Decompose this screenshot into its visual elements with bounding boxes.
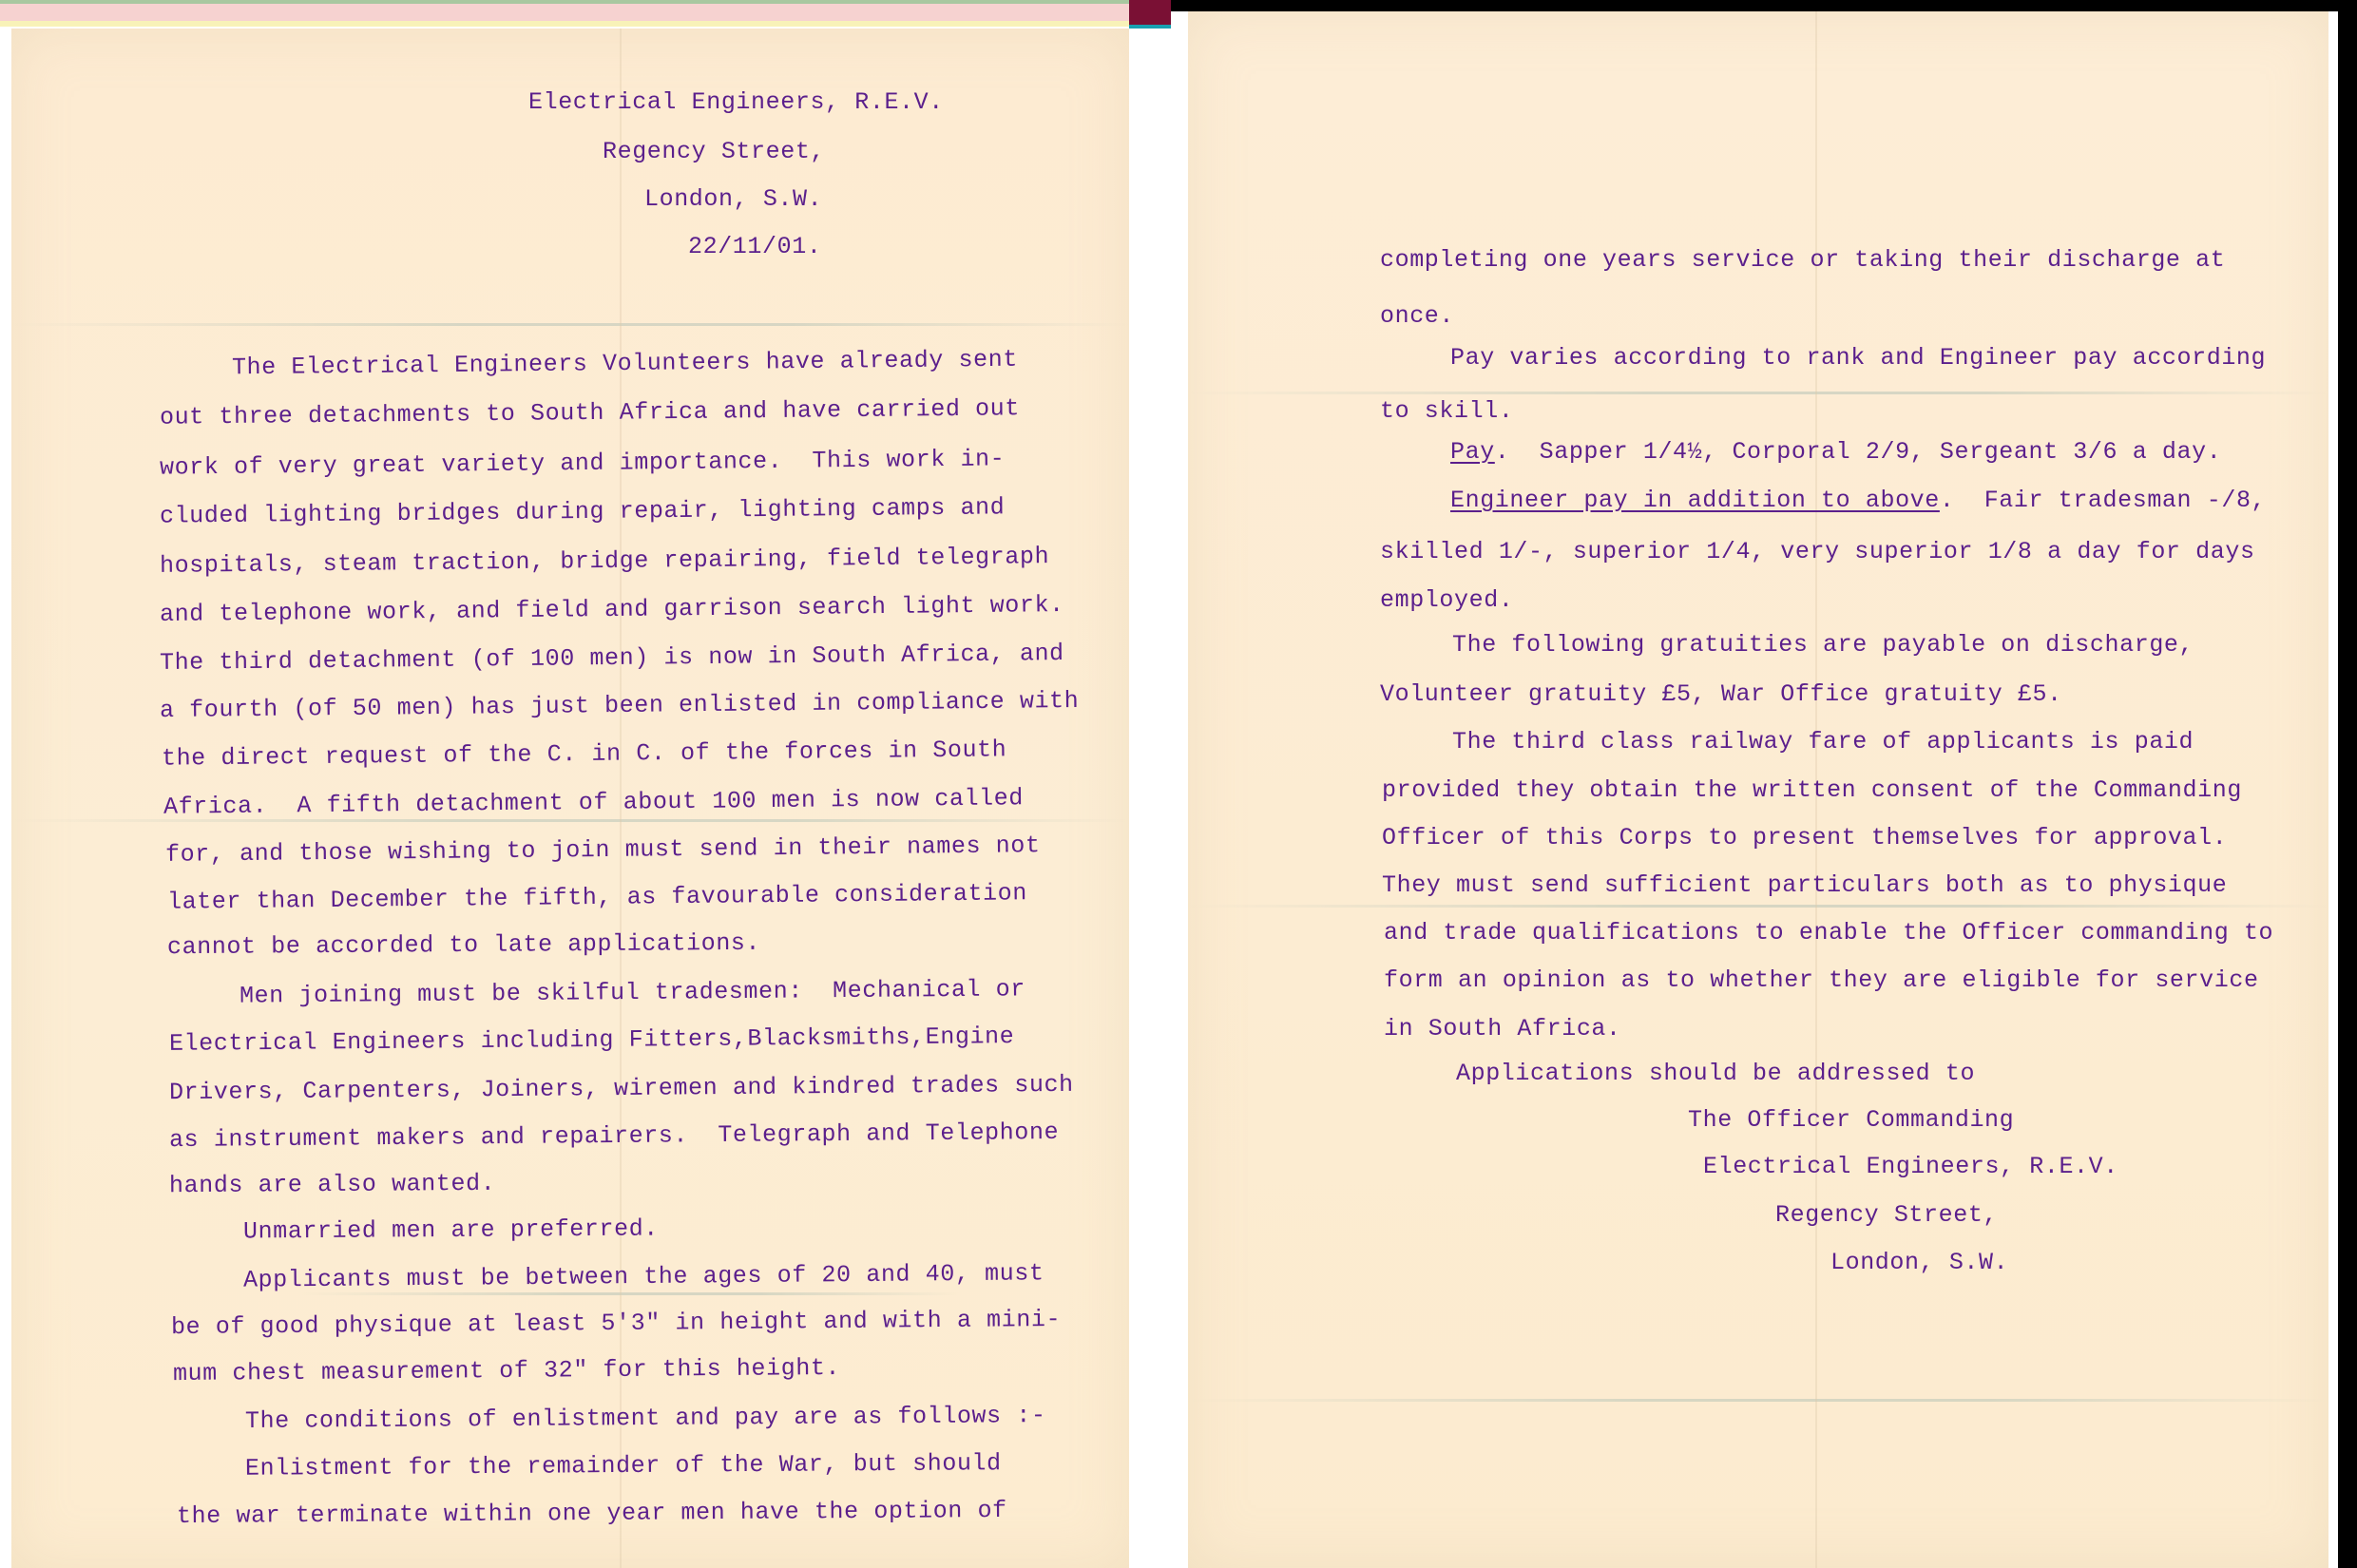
body-line: once. <box>1380 302 1454 331</box>
body-line: in South Africa. <box>1384 1015 1621 1043</box>
engineer-pay-heading: Engineer pay in addition to above <box>1450 487 1940 514</box>
body-line: form an opinion as to whether they are e… <box>1384 966 2259 995</box>
letterhead-street: Regency Street, <box>603 138 825 166</box>
pay-rates-line: Pay. Sapper 1/4½, Corporal 2/9, Sergeant… <box>1450 438 2221 467</box>
letterhead-city: London, S.W. <box>644 185 822 214</box>
body-line: mum chest measurement of 32" for this he… <box>173 1354 840 1388</box>
letterhead-organization: Electrical Engineers, R.E.V. <box>528 88 944 117</box>
address-city: London, S.W. <box>1830 1249 2008 1277</box>
body-line: and trade qualifications to enable the O… <box>1384 919 2273 947</box>
body-line: Pay varies according to rank and Enginee… <box>1450 344 2266 373</box>
engineer-pay-line: Engineer pay in addition to above. Fair … <box>1450 487 2266 515</box>
address-street: Regency Street, <box>1775 1201 1998 1230</box>
body-line: the war terminate within one year men ha… <box>177 1497 1007 1531</box>
address-recipient: The Officer Commanding <box>1688 1106 2014 1135</box>
body-line: The third class railway fare of applican… <box>1452 728 2194 756</box>
paper-fold <box>11 323 1129 326</box>
body-line: employed. <box>1380 586 1513 615</box>
scan-top-edge-left <box>0 0 1129 27</box>
body-line: Volunteer gratuity £5, War Office gratui… <box>1380 680 2062 709</box>
scan-top-edge-right <box>1171 0 2357 11</box>
paper-fold <box>1188 1399 2328 1402</box>
scan-top-edge-middle <box>1129 0 1171 29</box>
body-line: hands are also wanted. <box>169 1170 495 1200</box>
scan-right-edge <box>2338 0 2357 1568</box>
body-line: Enlistment for the remainder of the War,… <box>245 1449 1002 1483</box>
paper-fold <box>1188 905 2328 908</box>
body-line: Officer of this Corps to present themsel… <box>1382 824 2227 852</box>
body-line: They must send sufficient particulars bo… <box>1382 871 2227 900</box>
body-line: completing one years service or taking t… <box>1380 246 2225 275</box>
body-line: Applications should be addressed to <box>1456 1060 1975 1088</box>
body-line: skilled 1/-, superior 1/4, very superior… <box>1380 538 2255 566</box>
paper-fold <box>1188 392 2328 394</box>
body-line: to skill. <box>1380 397 1513 426</box>
pay-heading: Pay <box>1450 438 1495 466</box>
body-line: The conditions of enlistment and pay are… <box>245 1402 1046 1436</box>
body-line: cannot be accorded to late applications. <box>167 929 760 962</box>
body-line: provided they obtain the written consent… <box>1382 776 2242 805</box>
letter-date: 22/11/01. <box>688 233 821 261</box>
body-line: Unmarried men are preferred. <box>243 1214 659 1246</box>
body-line: The following gratuities are payable on … <box>1452 631 2194 660</box>
address-organization: Electrical Engineers, R.E.V. <box>1703 1153 2118 1181</box>
